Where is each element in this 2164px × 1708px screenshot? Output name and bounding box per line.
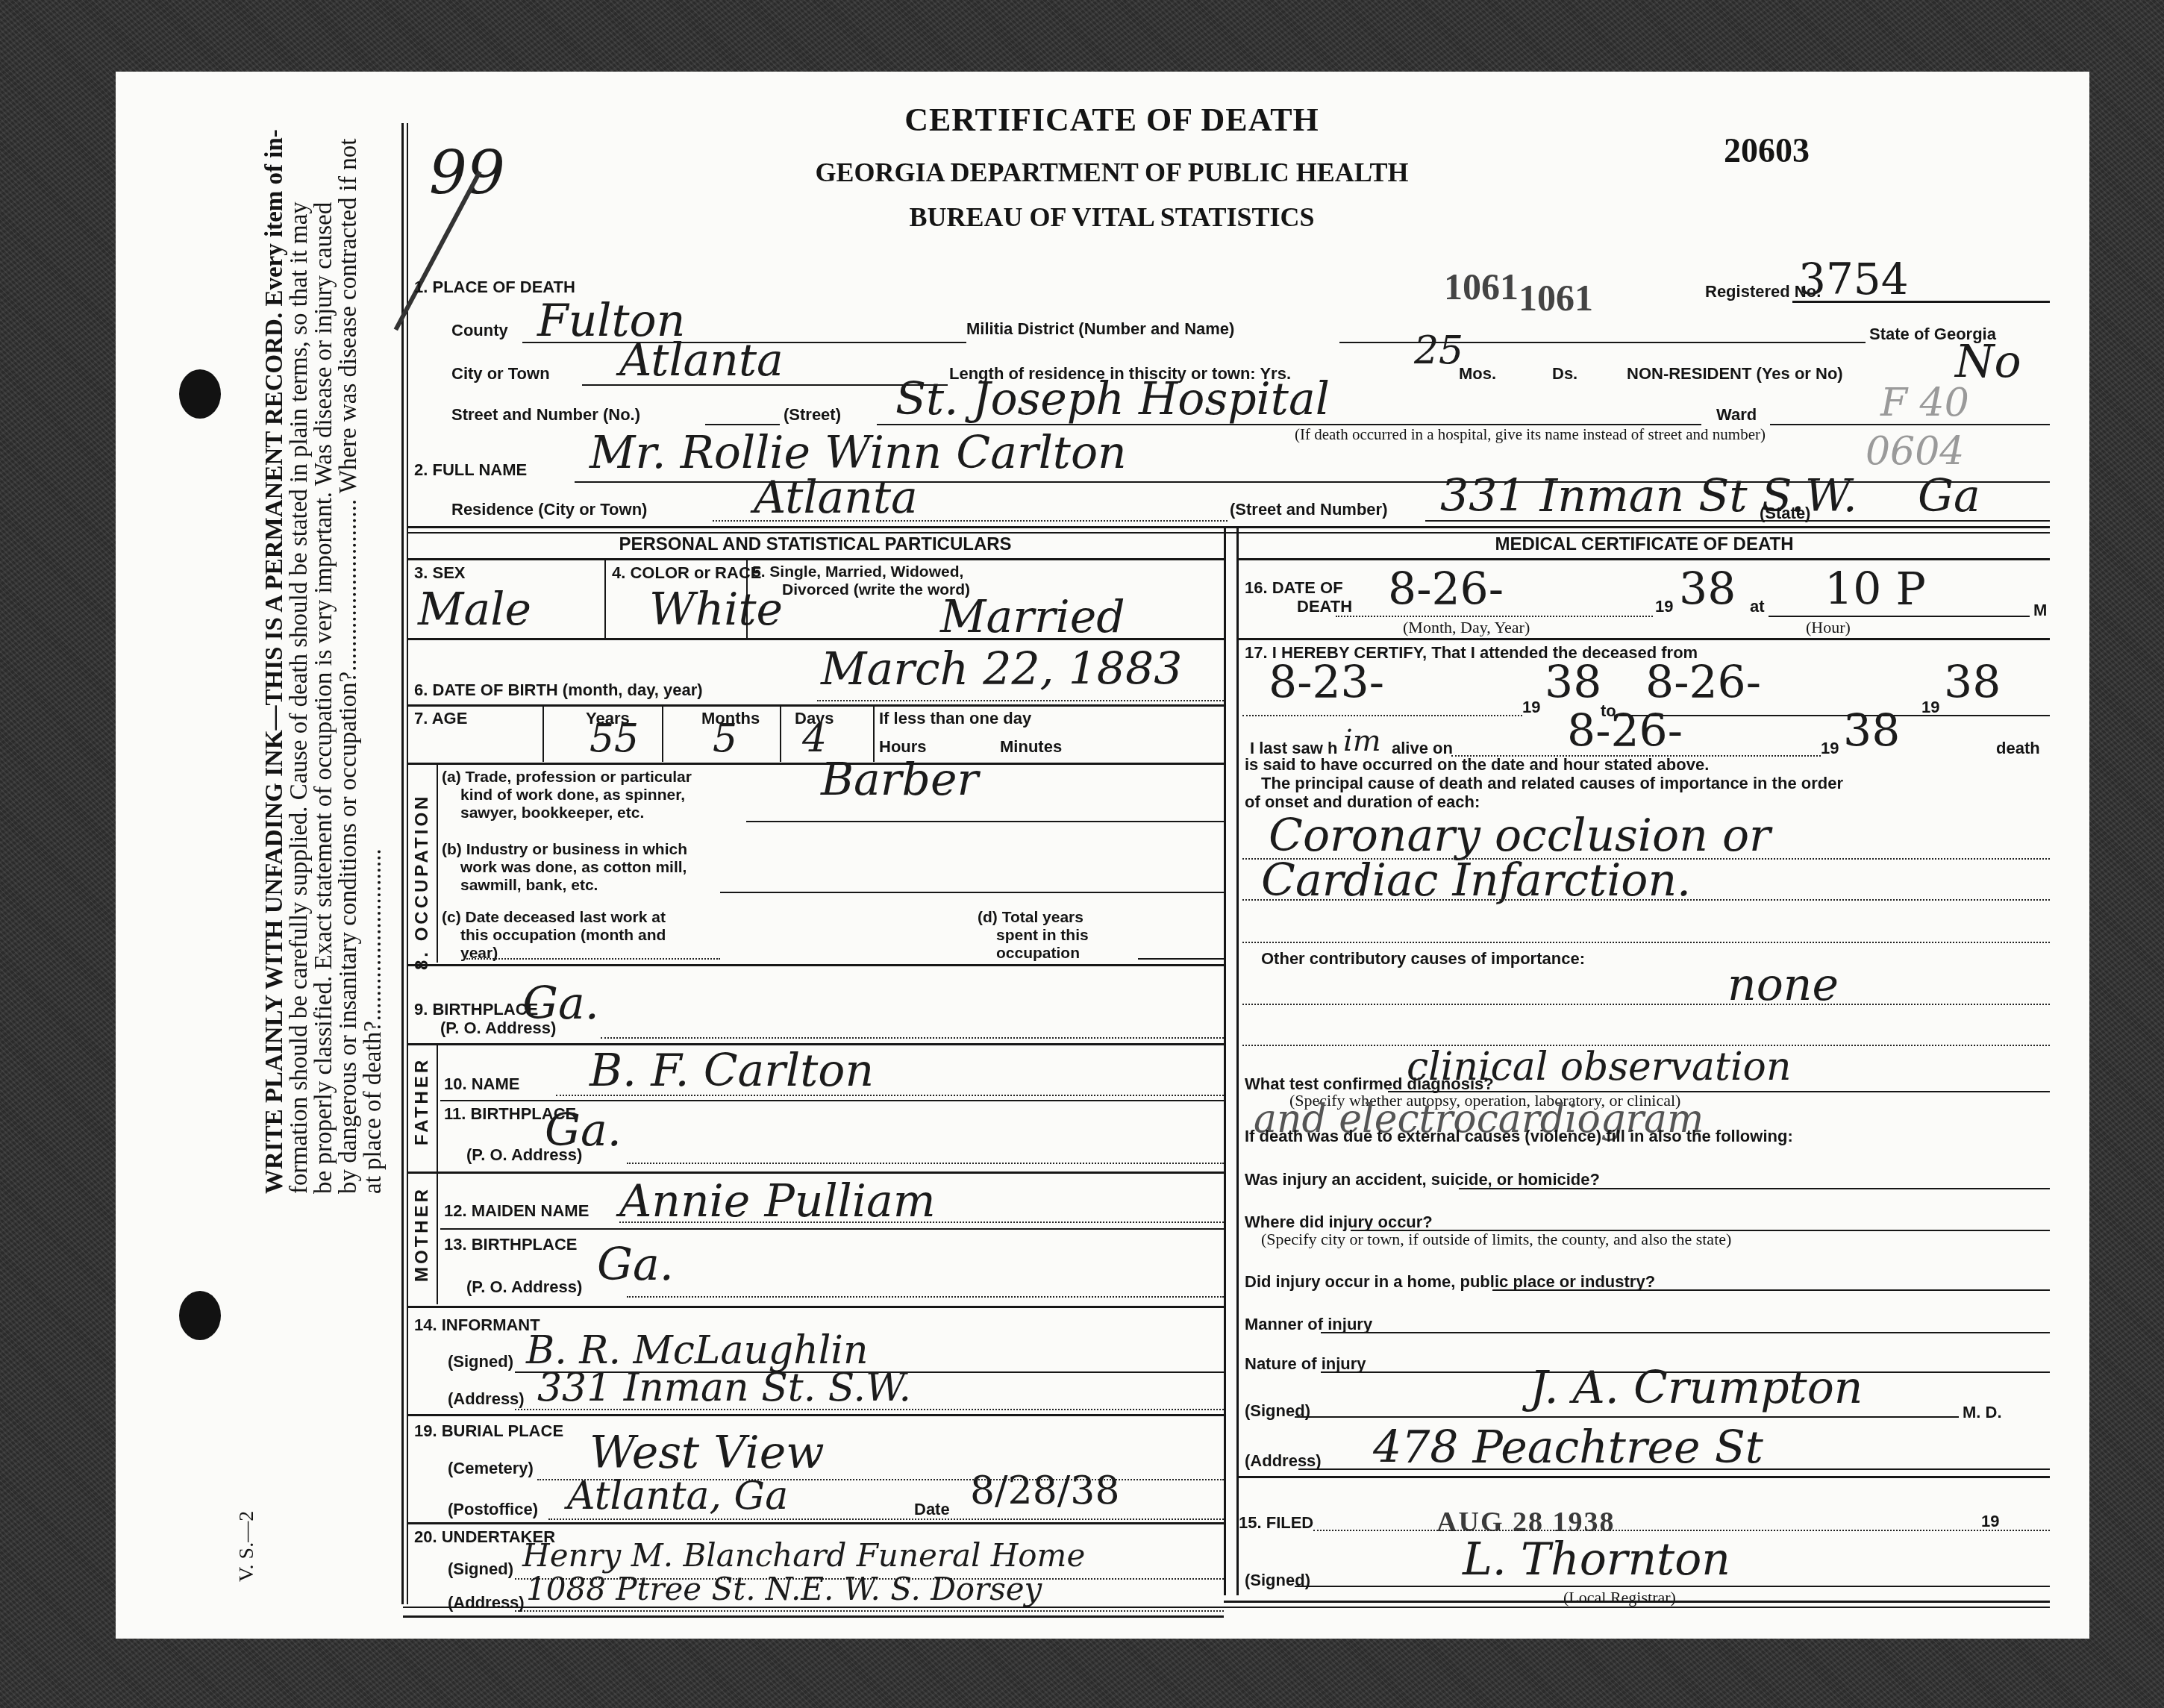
postoffice-value: Atlanta, Ga [567,1474,788,1518]
father-side-label: FATHER [412,1057,433,1145]
age-divider-3 [780,706,781,762]
attended-from: 8-23- [1269,657,1384,709]
occ-a-value: Barber [821,754,978,806]
occupation-side-label: 8. OCCUPATION [412,794,433,970]
section-divider-top-1 [407,526,2050,528]
file-number: 20603 [1724,131,1810,170]
dod-year-prefix: 19 [1655,597,1673,616]
instruction-line-1: WRITE PLAINLY WITH UNFADING INK—THIS IS … [263,129,287,1194]
dob-value: March 22, 1883 [821,643,1182,695]
occ-a-line-2: kind of work done, as spinner, [442,786,692,804]
occ-a-line [746,821,1224,822]
undertaker-address-value: 1088 Ptree St. N.E. W. S. Dorsey [526,1571,1042,1607]
attended-to-line [1619,715,2050,716]
personal-header: PERSONAL AND STATISTICAL PARTICULARS [407,534,1224,555]
occ-a-line-3: sawyer, bookkeeper, etc. [442,804,692,822]
dob-label: 6. DATE OF BIRTH (month, day, year) [414,681,703,700]
mother-maiden-line [619,1221,1224,1223]
mother-side-divider [437,1174,438,1304]
row-line-8 [407,964,1224,966]
occ-d-line [1138,958,1224,960]
hour-line [1769,616,2030,617]
postoffice-label: (Postoffice) [448,1500,538,1519]
informant-label: 14. INFORMANT [414,1316,540,1335]
postoffice-line [548,1518,1224,1520]
attended-to-year: 38 [1944,657,2001,709]
external-causes-label: If death was due to external causes (vio… [1245,1127,1793,1146]
md-label: M. D. [1963,1403,2002,1422]
physician-address-line [1298,1468,2050,1470]
physician-line [1295,1416,1959,1418]
marital-value: Married [940,591,1125,643]
marital-label: 5. Single, Married, Widowed, Divorced (w… [752,563,970,599]
burial-date-value: 8/28/38 [970,1468,1119,1513]
column-divider-left [1224,528,1226,1595]
attended-from-year-prefix: 19 [1522,698,1540,717]
residence-street-line [1425,520,2050,522]
mother-birthplace-label: 13. BIRTHPLACE [444,1235,577,1254]
physician-signed-label: (Signed) [1245,1401,1310,1421]
document-title: CERTIFICATE OF DEATH [0,101,2164,139]
mother-side-label: MOTHER [412,1186,433,1282]
department-name: GEORGIA DEPARTMENT OF PUBLIC HEALTH [0,157,2164,188]
principal-cause-label-1: The principal cause of death and related… [1261,774,1843,793]
instruction-line-4: by dangerous or insanitary conditions or… [337,129,361,1194]
occ-a-line-1: (a) Trade, profession or particular [442,769,692,786]
column-divider-right [1236,528,1239,1595]
month-day-year-label: (Month, Day, Year) [1403,618,1530,637]
ds-label: Ds. [1552,364,1577,384]
occ-d-line-2: spent in this [978,927,1089,945]
informant-signed-label: (Signed) [448,1352,513,1371]
occ-b-line [720,892,1224,893]
occ-d-line-3: occupation [978,945,1089,963]
form-code: V. S.—2 [235,1511,259,1582]
militia-district-label: Militia District (Number and Name) [966,319,1234,339]
years-value: 55 [590,716,639,761]
full-name-label: 2. FULL NAME [414,460,527,480]
attended-to: 8-26- [1645,657,1761,709]
home-injury-line [1492,1289,2050,1291]
form-bottom-left-line [403,1615,1224,1618]
full-name-faint-mark: 0604 [1866,429,1964,474]
row-line-7 [407,763,1224,765]
street-value: St. Joseph Hospital [895,373,1330,425]
father-name-row-line [440,1100,1224,1101]
registrar-line [1295,1586,2050,1587]
at-label: at [1750,597,1765,616]
occ-c-label: (c) Date deceased last work at this occu… [442,909,666,963]
undertaker-signed-label: (Signed) [448,1560,513,1579]
father-name-label: 10. NAME [444,1074,519,1094]
occ-a-label: (a) Trade, profession or particular kind… [442,769,692,822]
form-left-border [401,123,404,1604]
residence-state-value: Ga [1918,470,1980,522]
mos-label: Mos. [1459,364,1496,384]
informant-address-label: (Address) [448,1389,525,1409]
physician-signature: J. A. Crumpton [1530,1362,1863,1414]
residence-city-value: Atlanta [754,472,918,524]
section-divider-top-2 [407,532,2050,534]
form-bottom-line-2 [403,1607,2050,1608]
dod-label-2: DEATH [1297,597,1352,616]
ward-faint-mark: F 40 [1880,381,1969,425]
physician-row-line [1239,1476,2050,1478]
cemetery-value: West View [590,1427,825,1479]
mother-po-label: (P. O. Address) [466,1277,582,1297]
dod-year: 38 [1679,563,1736,616]
physician-address-value: 478 Peachtree St [1373,1421,1763,1474]
undertaker-address-label: (Address) [448,1593,525,1612]
accident-label: Was injury an accident, suicide, or homi… [1245,1170,1600,1189]
dod-label-1: 16. DATE OF [1245,578,1343,598]
informant-address-line [515,1409,1224,1410]
medical-header-line [1239,558,2050,560]
attended-from-year: 38 [1545,657,1601,709]
hour-label: (Hour) [1806,618,1851,637]
registered-no: 3754 [1798,254,1909,304]
row-line-mother [407,1306,1224,1308]
undertaker-address-line [515,1610,1224,1612]
cause-rule-3 [1242,942,2050,943]
m-label: M [2033,601,2047,620]
row-line-burial [407,1522,1224,1524]
row-line-6 [407,704,1224,707]
mother-birthplace-value: Ga. [597,1239,674,1291]
instruction-line-3: be properly classified. Exact statement … [312,129,337,1194]
father-name-line [556,1095,1224,1096]
occ-c-line [466,958,720,960]
residence-years: 25 [1414,328,1463,373]
mother-maiden-value: Annie Pulliam [619,1175,936,1227]
occ-d-label: (d) Total years spent in this occupation [978,909,1089,963]
contributory-label: Other contributory causes of importance: [1261,949,1585,969]
months-value: 5 [713,716,737,761]
occ-b-label: (b) Industry or business in which work w… [442,841,687,895]
residence-city-label: Residence (City or Town) [451,500,647,519]
instruction-line-5: at place of death?......................… [361,129,386,1194]
mother-birthplace-line [627,1296,1224,1298]
dod-line [1336,616,1653,617]
city-label: City or Town [451,364,550,384]
hospital-note: (If death occurred in a hospital, give i… [1295,425,1766,444]
occ-c-line-1: (c) Date deceased last work at [442,909,666,927]
informant-address-value: 331 Inman St. S.W. [537,1366,911,1410]
minutes-label: Minutes [1000,737,1062,757]
last-saw-date: 8-26- [1567,705,1683,757]
mother-maiden-row-line [440,1228,1224,1230]
accident-line [1459,1188,2050,1189]
occ-b-line-1: (b) Industry or business in which [442,841,687,859]
cause-rule-2 [1242,899,2050,901]
ward-line [1770,424,2050,425]
mother-maiden-label: 12. MAIDEN NAME [444,1201,589,1221]
instruction-line-2: formation should be carefully supplied. … [287,129,312,1194]
punch-hole-top [179,369,221,419]
race-label: 4. COLOR or RACE [612,563,761,583]
county-label: County [451,321,508,340]
burial-date-label: Date [914,1500,950,1519]
test-value: clinical observation [1407,1045,1791,1089]
street-label: (Street) [784,405,841,425]
cemetery-label: (Cemetery) [448,1459,534,1478]
age-divider-2 [662,706,663,762]
birthplace-line [601,1037,1224,1039]
where-injury-note: (Specify city or town, if outside of lim… [1261,1230,1731,1249]
residence-street-label: (Street and Number) [1230,500,1387,519]
filed-label: 15. FILED [1239,1513,1313,1533]
hour-value: 10 P [1824,563,1926,616]
occupation-side-divider [437,765,438,963]
local-registrar-label: (Local Registrar) [1563,1588,1676,1607]
occ-b-line-2: work was done, as cotton mill, [442,859,687,877]
occ-c-line-3: year) [442,945,666,963]
father-side-divider [437,1045,438,1171]
age-divider-1 [542,706,544,762]
father-birthplace-value: Ga. [545,1104,622,1157]
race-marital-divider [746,560,748,638]
manner-injury-line [1321,1332,2050,1333]
form-bottom-right-line-1 [1224,1601,2050,1603]
sex-label: 3. SEX [414,563,465,583]
filed-year-prefix: 19 [1981,1512,1999,1531]
dob-line [817,700,1224,701]
personal-header-line [407,558,1224,560]
age-label: 7. AGE [414,709,467,728]
birthplace-value: Ga. [522,977,599,1030]
dod-value: 8-26- [1388,563,1504,616]
birthplace-label: 9. BIRTHPLACE [414,1000,538,1019]
contributory-rule-1 [1242,1004,2050,1005]
city-value: Atlanta [619,334,784,387]
city-line [582,384,948,386]
father-birthplace-line [627,1163,1224,1164]
street-number-label: Street and Number (No.) [451,405,640,425]
said-occurred-label: is said to have occurred on the date and… [1245,755,1709,775]
stamp-number-2: 1061 [1519,276,1593,319]
stamp-number-1: 1061 [1444,265,1519,308]
occ-d-line-1: (d) Total years [978,909,1089,927]
punch-hole-bottom [179,1291,221,1340]
dod-row-line [1239,638,2050,640]
filed-line [1313,1530,2050,1531]
sex-race-divider [604,560,606,638]
occ-c-line-2: this occupation (month and [442,927,666,945]
last-saw-year-prefix: 19 [1821,739,1839,758]
attended-from-line [1242,715,1522,716]
marital-label-line-1: 5. Single, Married, Widowed, [752,563,970,581]
row-line-5 [407,638,1224,640]
occ-b-line-3: sawmill, bank, etc. [442,877,687,895]
bureau-name: BUREAU OF VITAL STATISTICS [0,201,2164,233]
registrar-signed-label: (Signed) [1245,1571,1310,1590]
row-line-father [407,1171,1224,1174]
side-instructions: WRITE PLAINLY WITH UNFADING INK—THIS IS … [263,129,386,1194]
last-saw-year: 38 [1843,705,1900,757]
registrar-signature: L. Thornton [1463,1533,1730,1586]
ward-label: Ward [1716,405,1757,425]
sex-value: Male [418,584,531,636]
last-saw-pronoun: im [1343,724,1381,758]
less-than-day-label: If less than one day [879,709,1031,728]
father-name-value: B. F. Carlton [590,1045,874,1097]
burial-label: 19. BURIAL PLACE [414,1421,563,1441]
street-number-line [705,424,780,425]
death-label: death [1996,739,2040,758]
form-left-border-inner [407,123,408,1604]
registered-no-line [1792,301,2050,303]
residence-city-line [713,520,1228,522]
row-line-informant [407,1414,1224,1416]
medical-header: MEDICAL CERTIFICATE OF DEATH [1239,534,2050,555]
marital-label-line-2: Divorced (write the word) [752,581,970,599]
nonresident-label: NON-RESIDENT (Yes or No) [1627,364,1843,384]
undertaker-value: Henry M. Blanchard Funeral Home [522,1537,1085,1574]
